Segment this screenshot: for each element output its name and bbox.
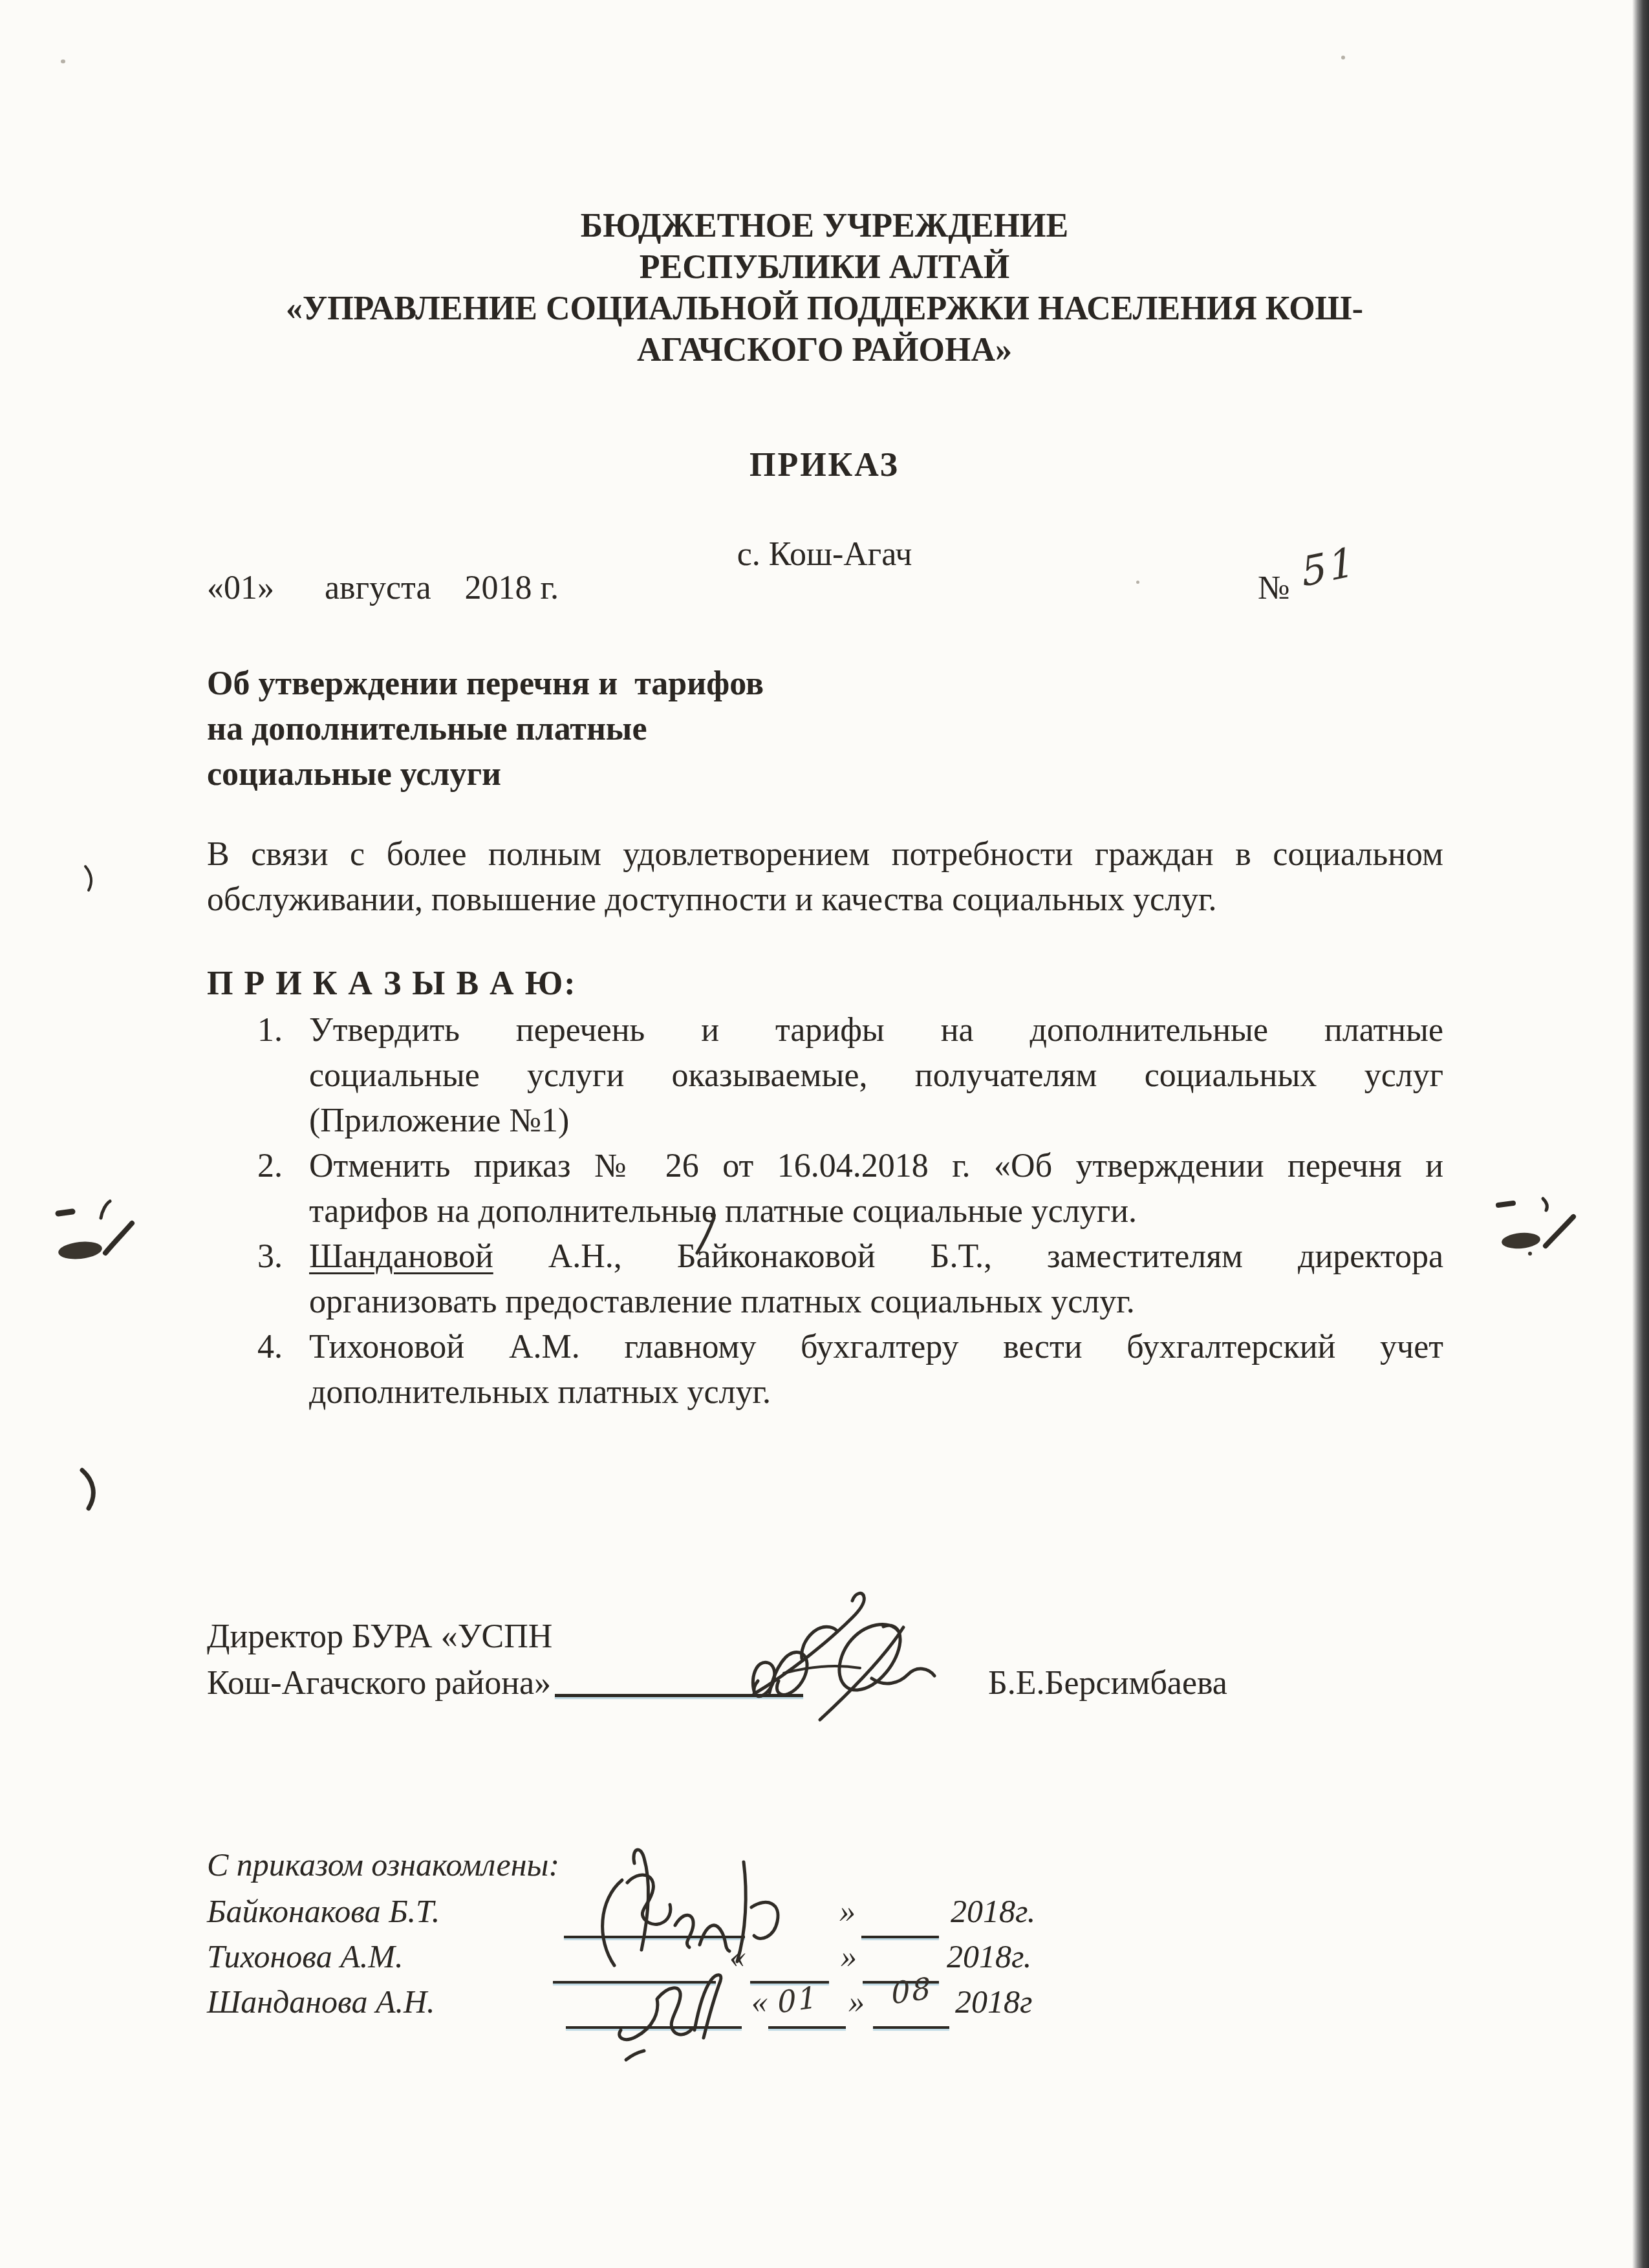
margin-marks-right bbox=[1498, 1199, 1573, 1256]
subject-line-1: Об утверждении перечня и тарифов bbox=[207, 665, 764, 703]
item-2-number: 2. bbox=[257, 1147, 283, 1186]
item-2-line-1: Отменить приказ № 26 от 16.04.2018 г. «О… bbox=[309, 1147, 1443, 1186]
stray-mark-small-bracket bbox=[85, 866, 91, 890]
ack-row-3-year: 2018г bbox=[955, 1984, 1033, 2021]
item-2-line-2: тарифов на дополнительные платные социал… bbox=[309, 1192, 1137, 1231]
ack-row-3-close-quote: » bbox=[848, 1984, 865, 2021]
ack-signature-baikonakova bbox=[603, 1850, 778, 1965]
item-1-line-1: Утвердить перечень и тарифы на дополните… bbox=[309, 1011, 1443, 1050]
org-name-line-3: «УПРАВЛЕНИЕ СОЦИАЛЬНОЙ ПОДДЕРЖКИ НАСЕЛЕН… bbox=[0, 290, 1649, 328]
item-4-line-1: Тихоновой А.М. главному бухгалтеру вести… bbox=[309, 1328, 1443, 1367]
preamble-line-2: обслуживании, повышение доступности и ка… bbox=[207, 881, 1216, 919]
director-signature bbox=[753, 1593, 934, 1720]
place-line: с. Кош-Агач bbox=[0, 535, 1649, 574]
ack-name-tikhonova: Тихонова А.М. bbox=[207, 1938, 403, 1976]
item-3-line-2: организовать предоставление платных соци… bbox=[309, 1283, 1135, 1321]
ack-row-2-year: 2018г. bbox=[947, 1938, 1031, 1976]
item-3-underlined-name: Шандановой bbox=[309, 1238, 493, 1275]
scan-speck-2 bbox=[1341, 56, 1345, 59]
item-3-line-1-rest: А.Н., Байконаковой Б.Т., заместителям ди… bbox=[493, 1238, 1443, 1275]
margin-marks-left bbox=[58, 1201, 132, 1261]
ack-row-2-open-quote: « bbox=[729, 1938, 746, 1976]
scanned-order-page: БЮДЖЕТНОЕ УЧРЕЖДЕНИЕ РЕСПУБЛИКИ АЛТАЙ «У… bbox=[0, 0, 1649, 2268]
ack-name-baikonakova: Байконакова Б.Т. bbox=[207, 1893, 440, 1931]
scan-speck-3 bbox=[1136, 581, 1139, 584]
ack-row-3-line-1 bbox=[566, 2026, 742, 2029]
doc-title: ПРИКАЗ bbox=[0, 446, 1649, 485]
ack-row-2-line-1 bbox=[553, 1981, 716, 1984]
org-name-line-1: БЮДЖЕТНОЕ УЧРЕЖДЕНИЕ bbox=[0, 207, 1649, 246]
subject-line-2: на дополнительные платные bbox=[207, 710, 647, 749]
ack-row-1-year: 2018г. bbox=[951, 1893, 1035, 1931]
ack-row-3-handwritten-month: 08 bbox=[890, 1970, 934, 2011]
item-4-number: 4. bbox=[257, 1328, 283, 1367]
org-name-line-4: АГАЧСКОГО РАЙОНА» bbox=[0, 331, 1649, 370]
director-name: Б.Е.Берсимбаева bbox=[988, 1664, 1227, 1703]
item-4-line-2: дополнительных платных услуг. bbox=[309, 1373, 771, 1412]
ack-row-1-close-quote: » bbox=[839, 1893, 856, 1931]
director-signature-line bbox=[555, 1694, 803, 1697]
item-3-line-1: Шандановой А.Н., Байконаковой Б.Т., заме… bbox=[309, 1237, 1443, 1276]
ack-heading: С приказом ознакомлены: bbox=[207, 1846, 559, 1884]
item-3-number: 3. bbox=[257, 1237, 283, 1276]
director-position-line-1: Директор БУРА «УСПН bbox=[207, 1618, 552, 1656]
ack-row-3-handwritten-day: 01 bbox=[777, 1979, 820, 2020]
org-name-line-2: РЕСПУБЛИКИ АЛТАЙ bbox=[0, 248, 1649, 287]
item-1-line-2: социальные услуги оказываемые, получател… bbox=[309, 1056, 1443, 1095]
ack-row-1-line-2 bbox=[861, 1936, 939, 1938]
ack-row-1-line-1 bbox=[564, 1936, 745, 1938]
item-1-number: 1. bbox=[257, 1011, 283, 1050]
stray-mark-large-bracket bbox=[82, 1470, 93, 1508]
ack-name-shandanova: Шанданова А.Н. bbox=[207, 1984, 435, 2021]
decree-heading: П Р И К А З Ы В А Ю: bbox=[207, 965, 577, 1003]
ack-row-2-close-quote: » bbox=[841, 1938, 857, 1976]
subject-line-3: социальные услуги bbox=[207, 755, 501, 794]
preamble-line-1: В связи с более полным удовлетворением п… bbox=[207, 835, 1443, 874]
date-line: «01» августа 2018 г. bbox=[207, 569, 559, 608]
item-1-line-3: (Приложение №1) bbox=[309, 1102, 569, 1140]
scan-speck-1 bbox=[61, 59, 65, 63]
ack-row-3-line-2 bbox=[768, 2026, 846, 2029]
ack-row-3-line-3 bbox=[873, 2026, 949, 2029]
ack-row-3-open-quote: « bbox=[751, 1984, 768, 2021]
order-number-label: № bbox=[1258, 569, 1290, 608]
scan-edge-band bbox=[1632, 0, 1649, 2268]
director-position-line-2: Кош-Агачского района» bbox=[207, 1664, 551, 1703]
ack-signature-shandanova bbox=[620, 1975, 721, 2060]
